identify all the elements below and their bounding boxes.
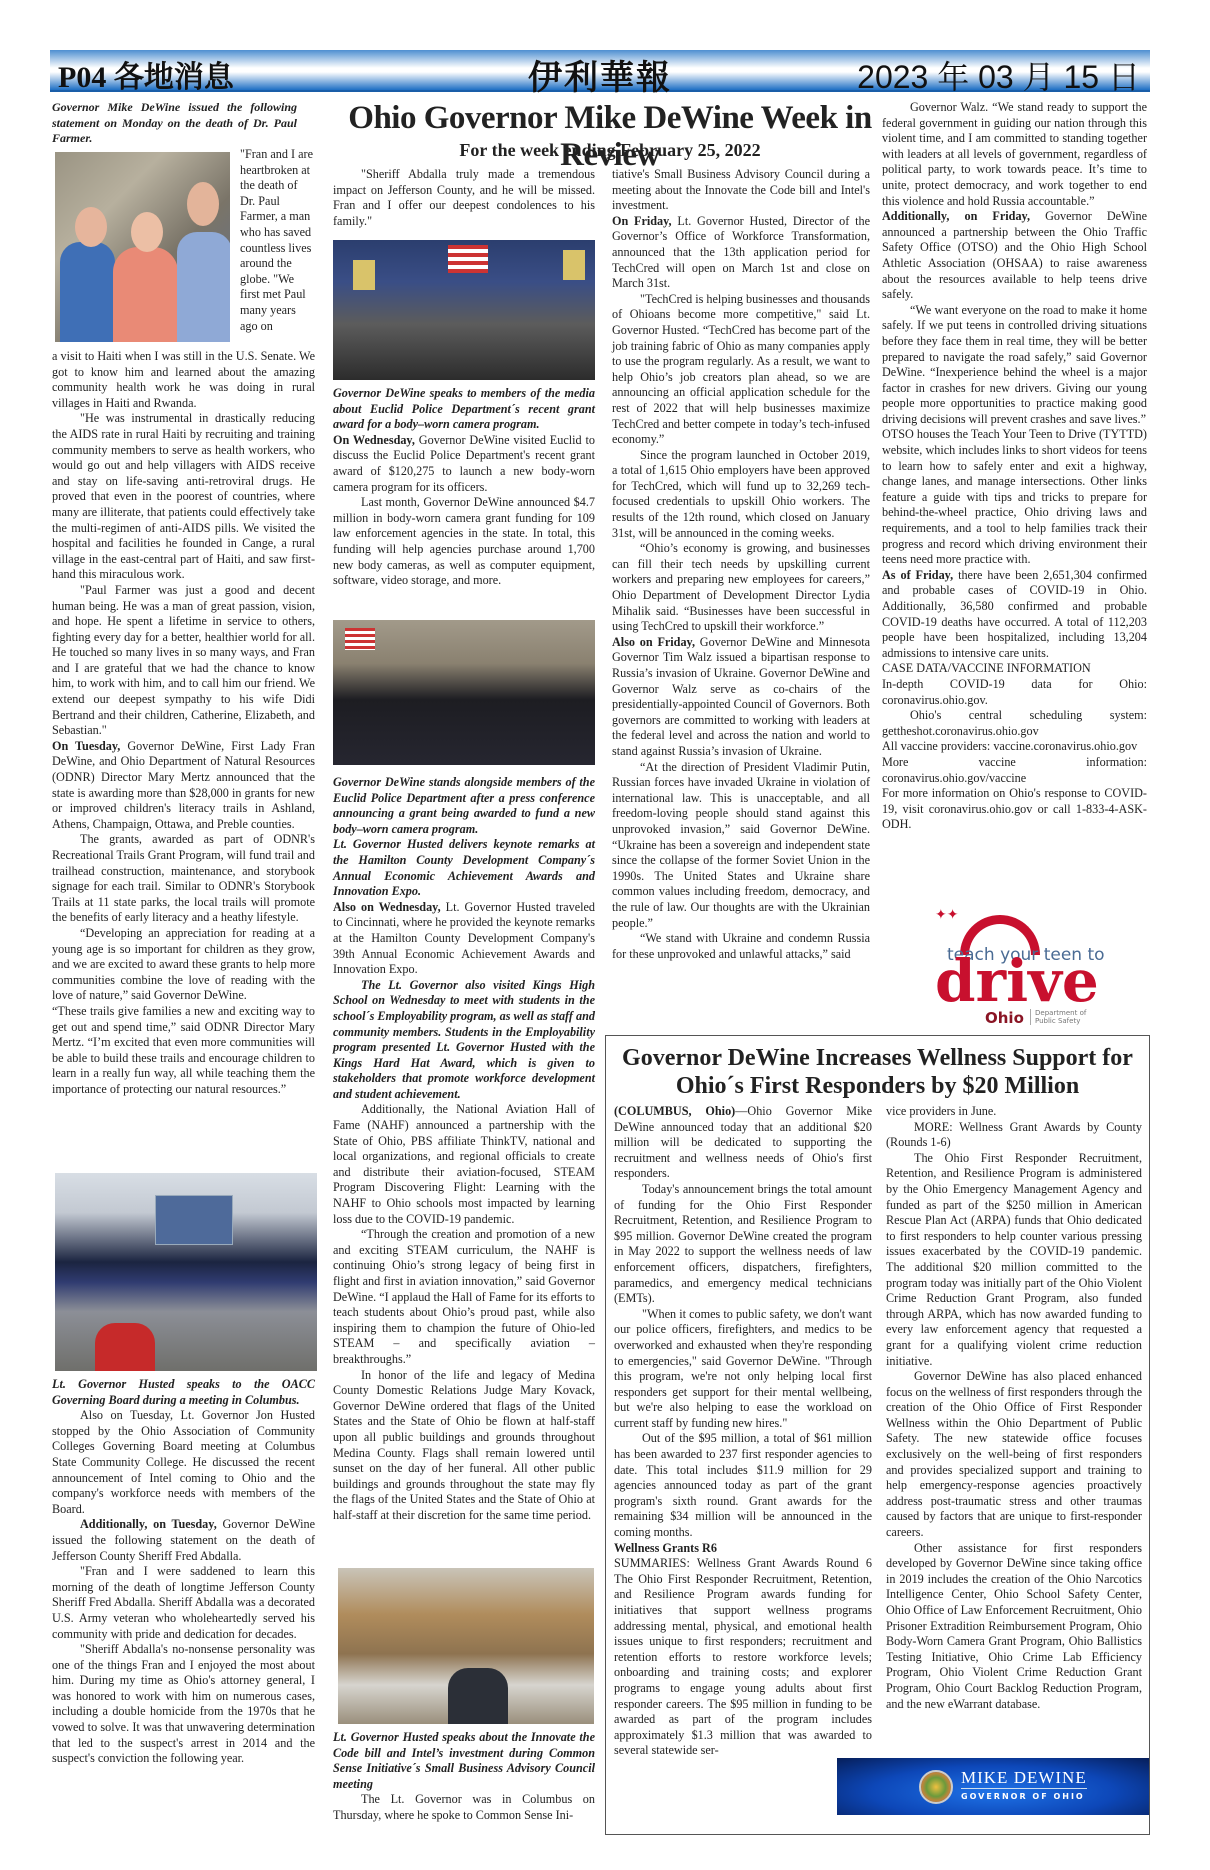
section-heading: CASE DATA/VACCINE INFORMATION (882, 661, 1147, 677)
column-3: tiative's Small Business Advisory Counci… (612, 167, 870, 962)
paragraph: Out of the $95 million, a total of $61 m… (614, 1431, 872, 1540)
governor-name: MIKE DEWINE (961, 1768, 1087, 1789)
lead-in: As of Friday, (882, 568, 953, 582)
paragraph: Also on Wednesday, Lt. Governor Husted t… (333, 900, 595, 978)
paragraph: tiative's Small Business Advisory Counci… (612, 167, 870, 214)
link-text: All vaccine providers: vaccine.coronavir… (882, 739, 1147, 755)
ohio-wordmark: Ohio (985, 1009, 1024, 1027)
lead-in: Also on Wednesday, (333, 900, 441, 914)
lead-in: On Friday, (612, 214, 672, 228)
photo-caption: Lt. Governor Husted speaks about the Inn… (333, 1730, 595, 1792)
governor-banner: MIKE DEWINE GOVERNOR OF OHIO (837, 1758, 1149, 1815)
column-1-body: a visit to Haiti when I was still in the… (52, 349, 315, 1098)
column-2-top: "Sheriff Abdalla truly made a tremendous… (333, 167, 595, 229)
paragraph: The grants, awarded as part of ODNR's Re… (52, 832, 315, 926)
governor-title: GOVERNOR OF OHIO (961, 1792, 1085, 1801)
column-2-bottom: Lt. Governor Husted speaks about the Inn… (333, 1730, 595, 1824)
paragraph: The Ohio First Responder Recruitment, Re… (886, 1151, 1142, 1369)
paragraph: Additionally, on Tuesday, Governor DeWin… (52, 1517, 315, 1564)
wellness-col-2: vice providers in June. MORE: Wellness G… (886, 1104, 1142, 1712)
paragraph: (COLUMBUS, Ohio)—Ohio Governor Mike DeWi… (614, 1104, 872, 1182)
paragraph: Also on Tuesday, Lt. Governor Jon Husted… (52, 1408, 315, 1517)
link-text: Ohio's central scheduling system: getthe… (882, 708, 1147, 739)
paragraph: For more information on Ohio's response … (882, 786, 1147, 833)
paragraph: The Lt. Governor also visited Kings High… (333, 978, 595, 1103)
lead-in: Also on Friday, (612, 635, 695, 649)
paragraph: On Tuesday, Governor DeWine, First Lady … (52, 739, 315, 833)
paragraph: On Friday, Lt. Governor Husted, Director… (612, 214, 870, 292)
ohio-seal-icon (919, 1770, 953, 1804)
photo-caption: Governor DeWine stands alongside members… (333, 775, 595, 837)
article-subtitle: For the week ending February 25, 2022 (300, 140, 920, 161)
paragraph: Today's announcement brings the total am… (614, 1182, 872, 1307)
paragraph: "TechCred is helping businesses and thou… (612, 292, 870, 448)
wellness-article-box: Governor DeWine Increases Wellness Suppo… (605, 1035, 1150, 1835)
paragraph: As of Friday, there have been 2,651,304 … (882, 568, 1147, 662)
paragraph: “We stand with Ukraine and condemn Russi… (612, 931, 870, 962)
column-1-lower: Lt. Governor Husted speaks to the OACC G… (52, 1377, 315, 1767)
photo-euclid-media (333, 240, 595, 380)
flag (448, 245, 488, 273)
lead-in: On Tuesday, (52, 739, 120, 753)
subheading: Wellness Grants R6 (614, 1541, 872, 1557)
logo-wordmark: drive (935, 951, 1099, 1011)
dept-label: Department of Public Safety (1030, 1009, 1090, 1025)
dateline: (COLUMBUS, Ohio) (614, 1104, 735, 1118)
paragraph: Governor Walz. “We stand ready to suppor… (882, 100, 1147, 209)
paragraph: The Lt. Governor was in Columbus on Thur… (333, 1792, 595, 1823)
paragraph: In honor of the life and legacy of Medin… (333, 1368, 595, 1524)
paragraph: "He was instrumental in drastically redu… (52, 411, 315, 583)
paragraph: “We want everyone on the road to make it… (882, 303, 1147, 428)
photo-caption: Lt. Governor Husted speaks to the OACC G… (52, 1377, 315, 1408)
photo-caption: Governor DeWine speaks to members of the… (333, 386, 595, 433)
lead-in: Additionally, on Friday, (882, 209, 1030, 223)
intro-caption: Governor Mike DeWine issued the followin… (52, 100, 297, 147)
photo-farmer (55, 152, 230, 342)
paragraph: "Fran and I were saddened to learn this … (52, 1564, 315, 1642)
photo-csi-meeting (338, 1568, 594, 1724)
paragraph: "Sheriff Abdalla truly made a tremendous… (333, 167, 595, 229)
paragraph-text: Governor DeWine and Minnesota Governor T… (612, 635, 870, 758)
paragraph: vice providers in June. (886, 1104, 1142, 1120)
paragraph: Governor DeWine has also placed enhanced… (886, 1369, 1142, 1541)
paragraph: Last month, Governor DeWine announced $4… (333, 495, 595, 589)
paragraph: “Developing an appreciation for reading … (52, 926, 315, 1004)
paragraph: Other assistance for first responders de… (886, 1541, 1142, 1713)
column-1: Governor Mike DeWine issued the followin… (52, 100, 297, 147)
photo-caption: Lt. Governor Husted delivers keynote rem… (333, 837, 595, 899)
column-2-lower: Governor DeWine stands alongside members… (333, 775, 595, 1524)
paragraph: OTSO houses the Teach Your Teen to Drive… (882, 427, 1147, 567)
lead-in: On Wednesday, (333, 433, 415, 447)
paragraph: Also on Friday, Governor DeWine and Minn… (612, 635, 870, 760)
article-title: Ohio Governor Mike DeWine Week in Review (300, 100, 920, 174)
teach-your-teen-to-drive-logo: ✦✦ teach your teen to drive Ohio Departm… (905, 905, 1155, 1025)
sparkle-icon: ✦✦ (935, 907, 958, 923)
paragraph: SUMMARIES: Wellness Grant Awards Round 6… (614, 1556, 872, 1759)
paragraph: “Ohio’s economy is growing, and business… (612, 541, 870, 635)
link-text: More vaccine information: coronavirus.oh… (882, 755, 1147, 786)
paragraph: Since the program launched in October 20… (612, 448, 870, 542)
wellness-title: Governor DeWine Increases Wellness Suppo… (606, 1044, 1149, 1100)
column-4: Governor Walz. “We stand ready to suppor… (882, 100, 1147, 833)
link-text: In-depth COVID-19 data for Ohio: coronav… (882, 677, 1147, 708)
photo-oacc-meeting (55, 1173, 317, 1371)
projection-screen (155, 1195, 233, 1245)
paragraph: On Wednesday, Governor DeWine visited Eu… (333, 433, 595, 495)
paragraph: "Paul Farmer was just a good and decent … (52, 583, 315, 739)
paragraph: MORE: Wellness Grant Awards by County (R… (886, 1120, 1142, 1151)
paragraph: Additionally, the National Aviation Hall… (333, 1102, 595, 1227)
paragraph: “Through the creation and promotion of a… (333, 1227, 595, 1367)
paragraph: Additionally, on Friday, Governor DeWine… (882, 209, 1147, 303)
issue-date: 2023 年 03 月 15 日 (857, 52, 1140, 98)
page-header-bar: P04 各地消息 伊利華報 2023 年 03 月 15 日 (50, 50, 1150, 92)
paragraph: a visit to Haiti when I was still in the… (52, 349, 315, 411)
wellness-col-1: (COLUMBUS, Ohio)—Ohio Governor Mike DeWi… (614, 1104, 872, 1759)
photo-euclid-police (333, 620, 595, 765)
paragraph: “At the direction of President Vladimir … (612, 760, 870, 932)
paragraph: “These trails give families a new and ex… (52, 1004, 315, 1098)
column-2-mid: Governor DeWine speaks to members of the… (333, 386, 595, 589)
wrap-text: "Fran and I are heartbroken at the death… (240, 147, 315, 334)
lead-in: Additionally, on Tuesday, (80, 1517, 217, 1531)
paragraph: "Sheriff Abdalla's no-nonsense personali… (52, 1642, 315, 1767)
paragraph: "When it comes to public safety, we don'… (614, 1307, 872, 1432)
